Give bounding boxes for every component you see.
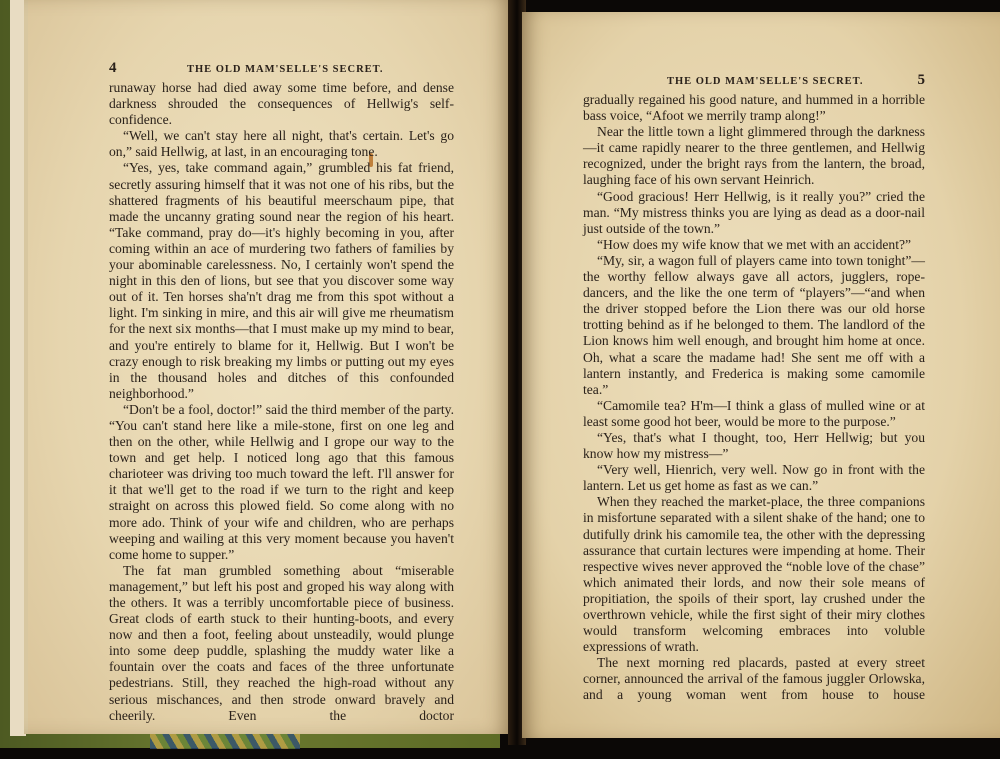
cover-marbled-pattern <box>150 733 300 749</box>
paragraph: “Good gracious! Herr Hellwig, is it real… <box>583 189 925 237</box>
paragraph: When they reached the market-place, the … <box>583 494 925 655</box>
right-running-head: THE OLD MAM'SELLE'S SECRET. 5 <box>583 72 925 88</box>
paragraph: “Well, we can't stay here all night, tha… <box>109 128 454 160</box>
paragraph: “How does my wife know that we met with … <box>583 237 925 253</box>
paragraph: The next morning red placards, pasted at… <box>583 655 925 703</box>
paragraph: “Yes, yes, take command again,” grumbled… <box>109 160 454 401</box>
running-title-right: THE OLD MAM'SELLE'S SECRET. <box>583 76 918 87</box>
paragraph: runaway horse had died away some time be… <box>109 80 454 128</box>
left-running-head: 4 THE OLD MAM'SELLE'S SECRET. <box>109 60 454 76</box>
running-title-left: THE OLD MAM'SELLE'S SECRET. <box>117 64 455 75</box>
page-number-left: 4 <box>109 60 117 77</box>
paragraph: “Very well, Hienrich, very well. Now go … <box>583 462 925 494</box>
paragraph: gradually regained his good nature, and … <box>583 92 925 124</box>
paragraph: “Don't be a fool, doctor!” said the thir… <box>109 402 454 563</box>
page-number-right: 5 <box>918 72 926 89</box>
left-page-text: 4 THE OLD MAM'SELLE'S SECRET. runaway ho… <box>109 60 454 724</box>
paragraph: Near the little town a light glimmered t… <box>583 124 925 188</box>
right-page-text: THE OLD MAM'SELLE'S SECRET. 5 gradually … <box>583 72 925 704</box>
paragraph: “My, sir, a wagon full of players came i… <box>583 253 925 398</box>
paragraph: The fat man grumbled something about “mi… <box>109 563 454 724</box>
paragraph: “Yes, that's what I thought, too, Herr H… <box>583 430 925 462</box>
paragraph: “Camomile tea? H'm—I think a glass of mu… <box>583 398 925 430</box>
